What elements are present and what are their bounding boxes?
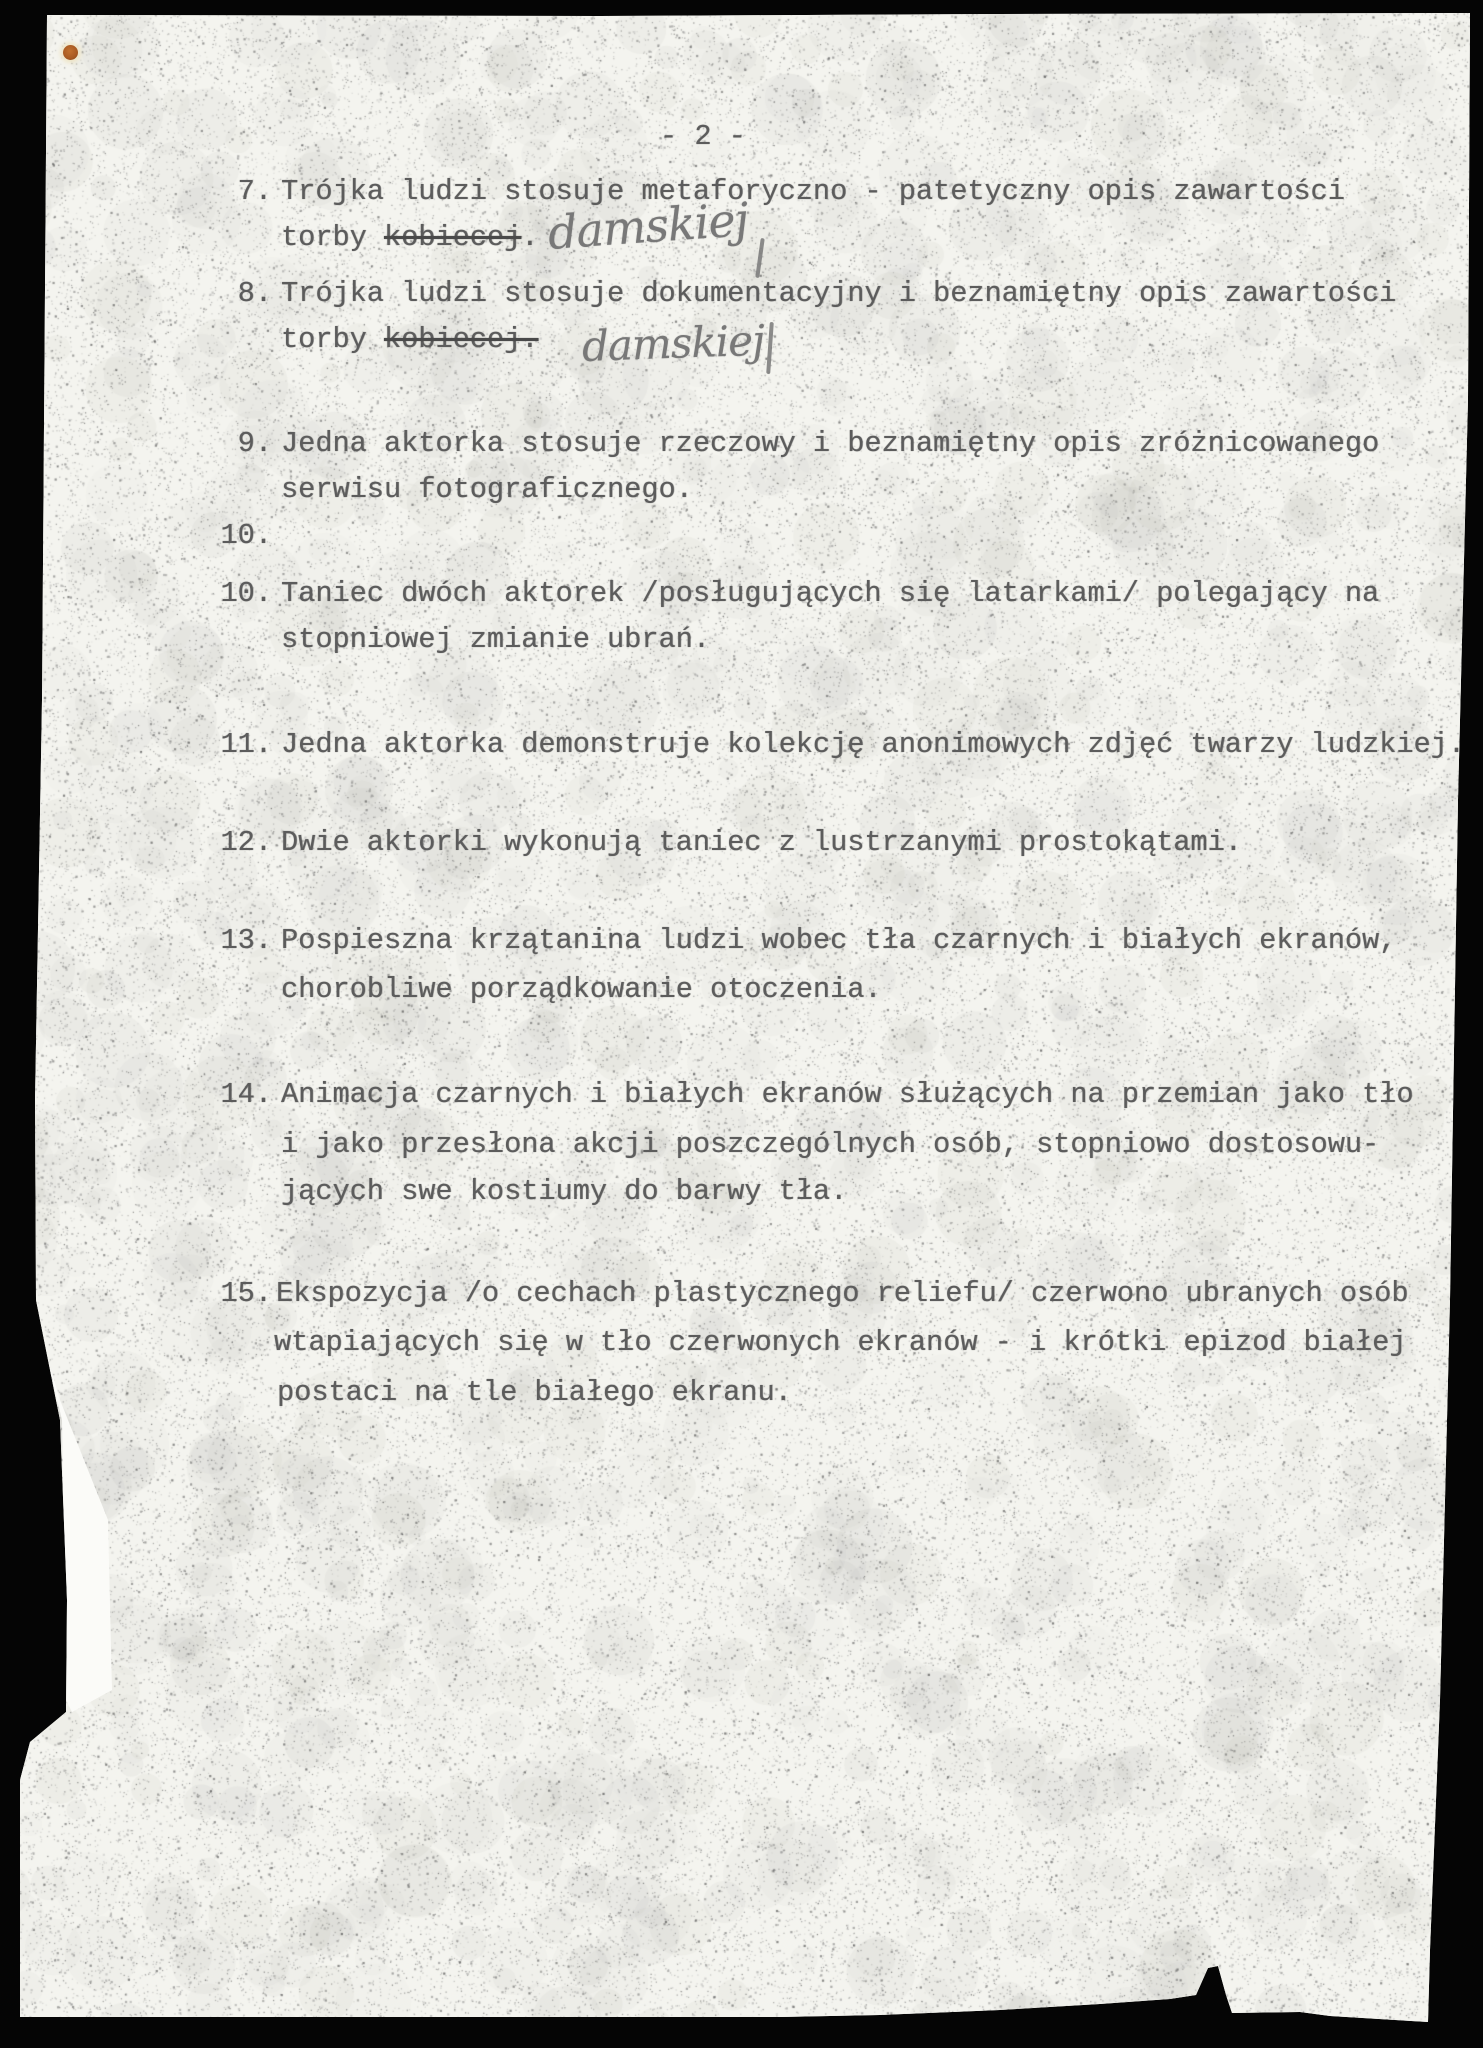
item-number: 13. [196,924,272,958]
item-text-line: Trójka ludzi stosuje dokumentacyjny i be… [281,277,1396,311]
item-text-line: jących swe kostiumy do barwy tła. [281,1175,847,1209]
item-number: 12. [196,826,272,860]
item-number: 10. [196,519,272,553]
item-text-line: stopniowej zmianie ubrań. [281,623,710,657]
item-number: 14. [196,1078,272,1112]
item-text-fragment: torby [281,221,384,254]
item-text-fragment: torby [281,323,384,356]
item-text-line: Ekspozycja /o cechach plastycznego relie… [276,1277,1409,1311]
item-number: 9. [196,427,272,461]
item-number: 11. [196,728,272,762]
item-text-fragment: . [521,221,538,254]
rust-stain [63,45,78,60]
item-text-line: Animacja czarnych i białych ekranów służ… [281,1078,1414,1112]
item-text-line: serwisu fotograficznego. [281,473,693,507]
item-text-line: torby kobiecej. [281,221,538,255]
item-text-line: torby kobiecej. [281,323,538,357]
typewritten-page: - 2 - 7. Trójka ludzi stosuje metaforycz… [0,0,1483,2048]
struck-out-word: kobiecej [384,221,521,254]
item-number: 7. [196,175,272,209]
item-text-line: Pospieszna krzątanina ludzi wobec tła cz… [281,924,1396,958]
item-text-line: wtapiających się w tło czerwonych ekranó… [274,1326,1407,1360]
item-text-line: Jedna aktorka stosuje rzeczowy i beznami… [281,427,1379,461]
item-text-line: Trójka ludzi stosuje metaforyczno - pate… [281,175,1345,209]
page-number: - 2 - [660,120,746,154]
item-number: 10. [196,577,272,611]
item-text-line: postaci na tle białego ekranu. [277,1376,792,1410]
item-text-line: Jedna aktorka demonstruje kolekcję anoni… [281,728,1465,762]
handwritten-correction: damskiej [581,316,765,371]
item-number: 8. [196,277,272,311]
struck-out-word: kobiecej. [384,323,538,356]
item-text-line: i jako przesłona akcji poszczególnych os… [281,1128,1379,1162]
item-text-line: Dwie aktorki wykonują taniec z lustrzany… [281,826,1242,860]
item-text-line: Taniec dwóch aktorek /posługujących się … [281,577,1379,611]
item-text-line: chorobliwe porządkowanie otoczenia. [281,973,882,1007]
item-number: 15. [196,1277,272,1311]
